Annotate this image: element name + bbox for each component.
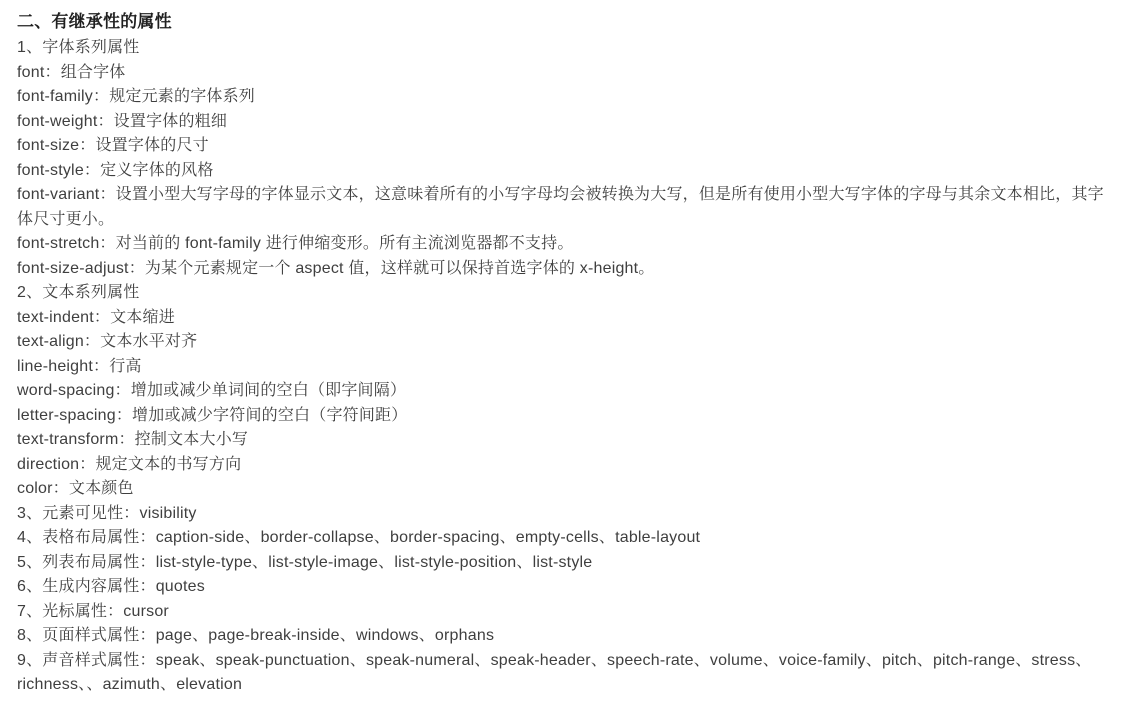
doc-line: line-height：行高 — [17, 355, 1114, 380]
doc-line: direction：规定文本的书写方向 — [17, 453, 1114, 478]
doc-line: word-spacing：增加或减少单词间的空白（即字间隔） — [17, 379, 1114, 404]
doc-line: font：组合字体 — [17, 61, 1114, 86]
article-body: 二、有继承性的属性 1、字体系列属性 font：组合字体 font-family… — [0, 0, 1140, 698]
doc-line: color：文本颜色 — [17, 477, 1114, 502]
doc-line: 4、表格布局属性：caption-side、border-collapse、bo… — [17, 526, 1114, 551]
doc-line: text-transform：控制文本大小写 — [17, 428, 1114, 453]
doc-line: font-size：设置字体的尺寸 — [17, 134, 1114, 159]
doc-line: 2、文本系列属性 — [17, 281, 1114, 306]
doc-line: 5、列表布局属性：list-style-type、list-style-imag… — [17, 551, 1114, 576]
doc-line: 7、光标属性：cursor — [17, 600, 1114, 625]
doc-line: font-variant：设置小型大写字母的字体显示文本，这意味着所有的小写字母… — [17, 183, 1114, 232]
doc-line: text-indent：文本缩进 — [17, 306, 1114, 331]
doc-line: text-align：文本水平对齐 — [17, 330, 1114, 355]
section-heading: 二、有继承性的属性 — [17, 9, 1114, 34]
doc-line: font-stretch：对当前的 font-family 进行伸缩变形。所有主… — [17, 232, 1114, 257]
doc-line: font-style：定义字体的风格 — [17, 159, 1114, 184]
doc-line: font-size-adjust：为某个元素规定一个 aspect 值，这样就可… — [17, 257, 1114, 282]
doc-line: 6、生成内容属性：quotes — [17, 575, 1114, 600]
doc-line: 3、元素可见性：visibility — [17, 502, 1114, 527]
doc-line: 8、页面样式属性：page、page-break-inside、windows、… — [17, 624, 1114, 649]
doc-line: letter-spacing：增加或减少字符间的空白（字符间距） — [17, 404, 1114, 429]
doc-line: 1、字体系列属性 — [17, 36, 1114, 61]
doc-line: 9、声音样式属性：speak、speak-punctuation、speak-n… — [17, 649, 1114, 698]
doc-line: font-weight：设置字体的粗细 — [17, 110, 1114, 135]
doc-line: font-family：规定元素的字体系列 — [17, 85, 1114, 110]
